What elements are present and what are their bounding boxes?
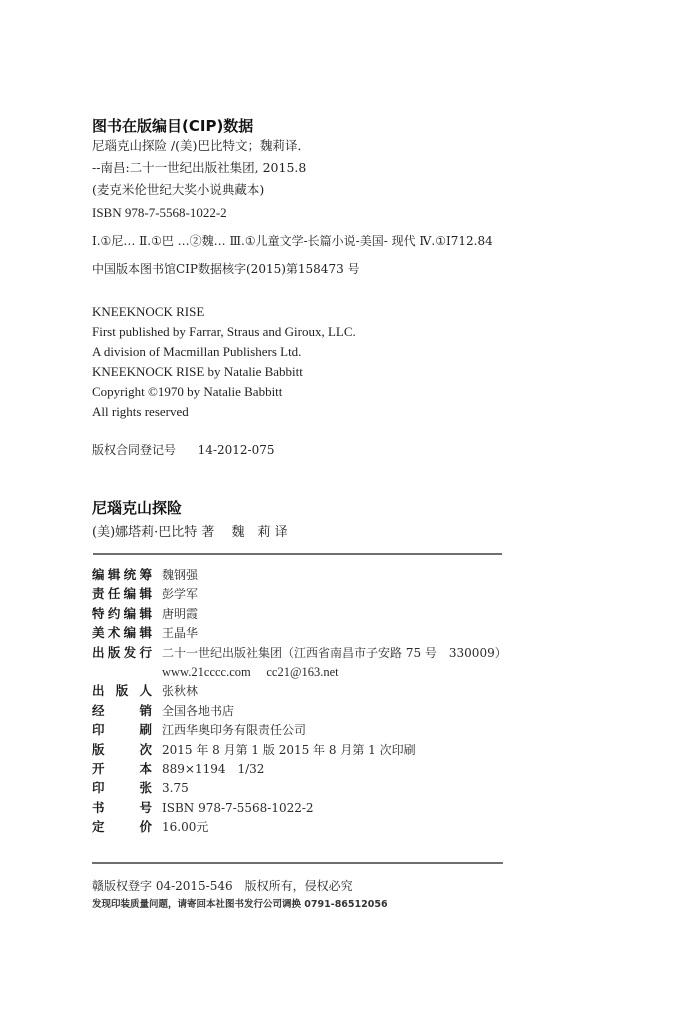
- credit-value: 全国各地书店: [162, 704, 234, 718]
- credit-label: 印刷: [92, 723, 152, 737]
- credit-label: 经销: [92, 704, 152, 718]
- contract-value: 14-2012-075: [198, 443, 275, 457]
- bottom-divider: [92, 862, 503, 864]
- cip-line: --南昌:二十一世纪出版社集团, 2015.8: [92, 162, 306, 175]
- credit-label: 出版发行: [92, 646, 152, 660]
- cip-line: (麦克米伦世纪大奖小说典藏本): [92, 184, 264, 197]
- credit-value: 2015 年 8 月第 1 版 2015 年 8 月第 1 次印刷: [162, 743, 416, 757]
- original-rights: All rights reserved: [92, 405, 189, 418]
- credit-label: 版次: [92, 743, 152, 757]
- credit-label: 开本: [92, 762, 152, 776]
- credit-label: 印张: [92, 781, 152, 795]
- cip-line: 尼瑙克山探险 /(美)巴比特文；魏莉译．: [92, 140, 310, 153]
- cip-isbn: ISBN 978-7-5568-1022-2: [92, 206, 227, 219]
- credit-value: 魏钢强: [162, 568, 198, 582]
- credit-value: 彭学军: [162, 587, 198, 601]
- credit-value-contact: www.21cccc.com cc21@163.net: [162, 665, 339, 679]
- copyright-page: 图书在版编目(CIP)数据 尼瑙克山探险 /(美)巴比特文；魏莉译． --南昌:…: [0, 0, 700, 1011]
- original-copyright: Copyright ©1970 by Natalie Babbitt: [92, 385, 282, 398]
- contract-registration: 版权合同登记号 14-2012-075: [92, 444, 275, 456]
- credit-label: 出版人: [92, 684, 152, 698]
- credit-label: 美术编辑: [92, 626, 152, 640]
- cip-classification: Ⅰ.①尼… Ⅱ.①巴 …②魏… Ⅲ.①儿童文学-长篇小说-美国- 现代 Ⅳ.①I…: [92, 235, 493, 247]
- credit-value: 张秋林: [162, 684, 198, 698]
- top-divider: [93, 553, 502, 555]
- book-byline: (美)娜塔莉·巴比特 著 魏 莉 译: [92, 526, 288, 539]
- credit-value: 889×1194 1/32: [162, 762, 264, 776]
- cip-heading: 图书在版编目(CIP)数据: [92, 119, 253, 134]
- credit-label: 定价: [92, 820, 152, 834]
- credit-value: 3.75: [162, 781, 189, 795]
- original-line: A division of Macmillan Publishers Ltd.: [92, 345, 301, 358]
- original-title: KNEEKNOCK RISE: [92, 305, 204, 318]
- cip-verification: 中国版本图书馆CIP数据核字(2015)第158473 号: [92, 263, 360, 275]
- original-line: KNEEKNOCK RISE by Natalie Babbitt: [92, 365, 303, 378]
- credit-label: 责任编辑: [92, 587, 152, 601]
- credit-value: ISBN 978-7-5568-1022-2: [162, 801, 314, 815]
- credit-value: 唐明霞: [162, 607, 198, 621]
- credit-label: 书号: [92, 801, 152, 815]
- credit-value: 16.00元: [162, 820, 208, 834]
- credit-label: 特约编辑: [92, 607, 152, 621]
- contract-label: 版权合同登记号: [92, 443, 176, 457]
- credit-label: 编辑统筹: [92, 568, 152, 582]
- credit-value: 王晶华: [162, 626, 198, 640]
- copyright-registration: 赣版权登字 04-2015-546 版权所有，侵权必究: [92, 880, 353, 892]
- credit-value: 二十一世纪出版社集团（江西省南昌市子安路 75 号 330009）: [162, 646, 507, 660]
- credit-value: 江西华奥印务有限责任公司: [162, 723, 306, 737]
- original-line: First published by Farrar, Straus and Gi…: [92, 325, 356, 338]
- book-title: 尼瑙克山探险: [92, 501, 182, 516]
- quality-notice: 发现印装质量问题，请寄回本社图书发行公司调换 0791-86512056: [92, 900, 388, 910]
